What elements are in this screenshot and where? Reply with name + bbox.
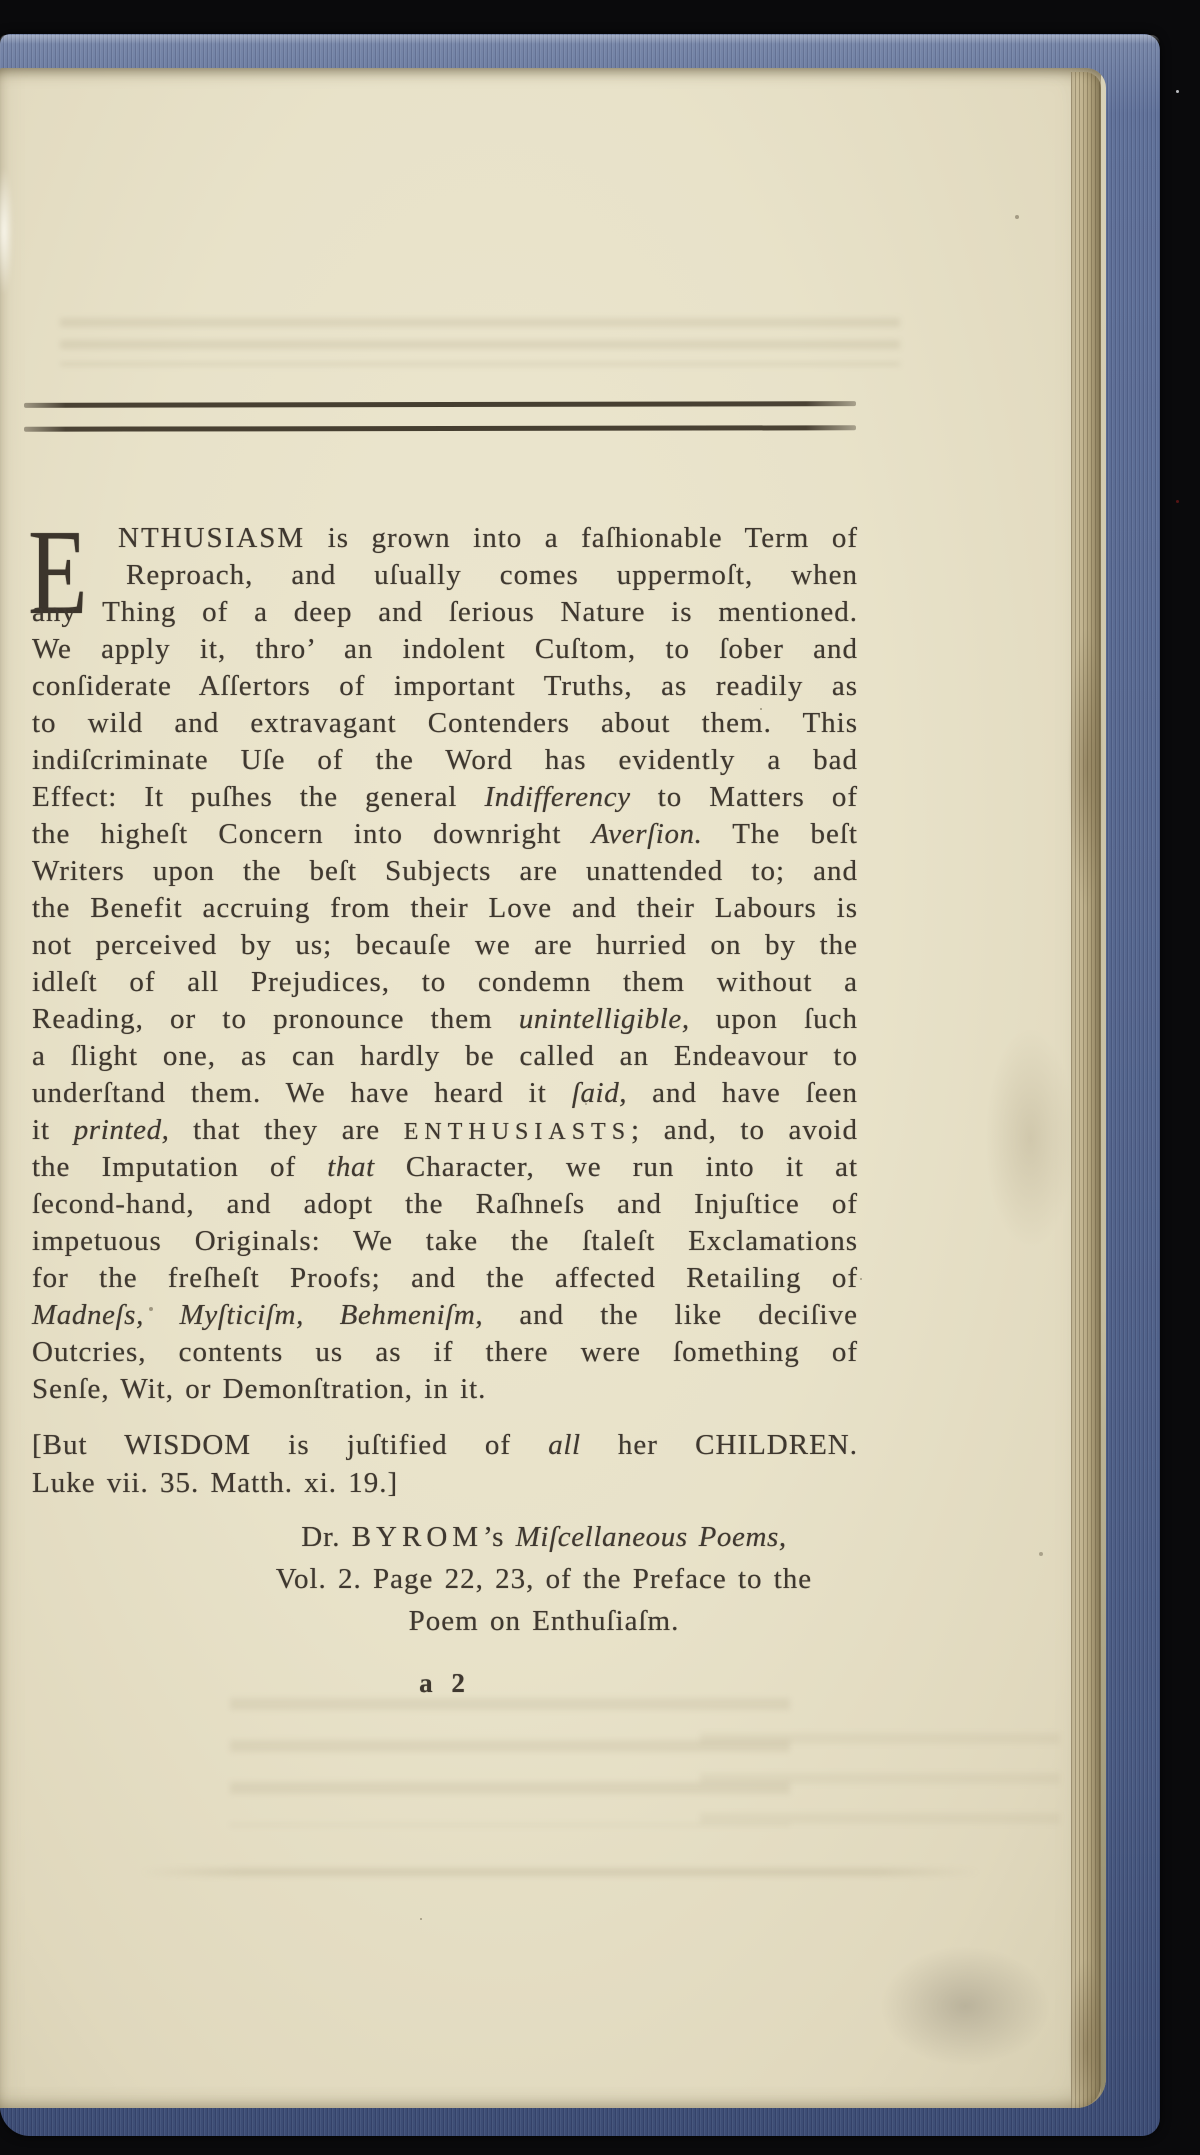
page-left-curl — [0, 166, 13, 296]
text-line: Outcries, contents us as if there were ſ… — [32, 1334, 858, 1371]
page-edge-stain-bottom — [1068, 1958, 1104, 2108]
text-line: Dr. BYROM’s Miſcellaneous Poems, — [130, 1516, 958, 1558]
text-segment: that — [327, 1151, 375, 1183]
text-segment: ſecond-hand, and adopt the Raſhneſs and … — [32, 1188, 858, 1220]
show-through-rule — [140, 1868, 980, 1876]
main-paragraph: NTHUSIASM is grown into a faſhionable Te… — [32, 520, 858, 1408]
text-segment: Miſcellaneous Poems, — [516, 1521, 787, 1553]
text-segment: it — [32, 1114, 74, 1146]
text-line: Luke vii. 35. Matth. xi. 19.] — [32, 1464, 858, 1502]
text-line: Effect: It puſhes the general Indifferen… — [32, 779, 858, 816]
text-segment: NTHUSIASM — [118, 522, 305, 554]
show-through-band — [60, 318, 900, 366]
text-segment: Averſion. — [592, 818, 703, 850]
text-segment: and the like deciſive — [483, 1299, 858, 1331]
text-line: conſiderate Aſſertors of important Truth… — [32, 668, 858, 705]
text-line: the Benefit accruing from their Love and… — [32, 890, 858, 927]
text-segment: Effect: It puſhes the general — [32, 781, 484, 813]
text-segment: Writers upon the beſt Subjects are unatt… — [32, 855, 858, 887]
text-line: ſecond-hand, and adopt the Raſhneſs and … — [32, 1186, 858, 1223]
text-segment: printed, — [74, 1114, 170, 1146]
bracket-note: [But WISDOM is juſtified of all her CHIL… — [32, 1426, 858, 1502]
text-line: Senſe, Wit, or Demonſtration, in it. — [32, 1371, 858, 1408]
text-segment: the Imputation of — [32, 1151, 327, 1183]
text-line: any Thing of a deep and ſerious Nature i… — [32, 594, 858, 631]
text-segment: Vol. 2. Page 22, 23, of the Preface to t… — [276, 1563, 812, 1595]
text-segment: Dr. — [301, 1521, 352, 1553]
text-segment: Reproach, and uſually comes uppermoſt, w… — [126, 559, 858, 591]
text-line: Madneſs, Myſticiſm, Behmeniſm, and the l… — [32, 1297, 858, 1334]
text-segment: ſaid, — [572, 1077, 627, 1109]
text-segment: impetuous Originals: We take the ſtaleſt… — [32, 1225, 858, 1257]
text-segment: upon ſuch — [690, 1003, 858, 1035]
text-segment: Poem on Enthuſiaſm. — [409, 1605, 680, 1637]
text-segment: [But WISDOM is juſtified of — [32, 1429, 548, 1461]
show-through-text-lower-right — [700, 1733, 1060, 1828]
text-segment: Indifferency — [484, 781, 630, 813]
text-segment: underſtand them. We have heard it — [32, 1077, 572, 1109]
signature-mark: a 2 — [32, 1668, 858, 1699]
text-segment: a ſlight one, as can hardly be called an… — [32, 1040, 858, 1072]
text-segment: Luke vii. 35. Matth. xi. 19.] — [32, 1467, 398, 1499]
text-segment: is grown into a faſhionable Term of — [305, 522, 858, 554]
book-page: E NTHUSIASM is grown into a faſhionable … — [0, 68, 1106, 2108]
page-edge-stack — [1071, 72, 1101, 2108]
text-segment: not perceived by us; becauſe we are hurr… — [32, 929, 858, 961]
text-line: indiſcriminate Uſe of the Word has evide… — [32, 742, 858, 779]
dust-specks — [1176, 90, 1179, 93]
text-line: NTHUSIASM is grown into a faſhionable Te… — [32, 520, 858, 557]
citation-block: Dr. BYROM’s Miſcellaneous Poems,Vol. 2. … — [130, 1516, 958, 1642]
text-segment: Character, we run into it at — [375, 1151, 858, 1183]
text-segment: BYROM — [352, 1521, 483, 1553]
text-segment: conſiderate Aſſertors of important Truth… — [32, 670, 858, 702]
stain-smudge — [880, 1946, 1050, 2066]
text-segment: and have ſeen — [627, 1077, 858, 1109]
text-segment: The beſt — [703, 818, 858, 850]
photo-background: { "page": { "drop_cap": "E", "main_parag… — [0, 0, 1200, 2155]
double-rule-bottom — [24, 425, 856, 431]
text-line: Reading, or to pronounce them unintellig… — [32, 1001, 858, 1038]
text-segment: unintelligible, — [519, 1003, 690, 1035]
text-segment: indiſcriminate Uſe of the Word has evide… — [32, 744, 858, 776]
double-rule-top — [24, 401, 856, 408]
text-segment: all — [548, 1429, 580, 1461]
cover-inner-edge-highlight — [1101, 68, 1106, 2108]
text-segment: to Matters of — [631, 781, 858, 813]
text-segment: that they are — [170, 1114, 404, 1146]
text-segment: idleſt of all Prejudices, to condemn the… — [32, 966, 858, 998]
text-segment: Outcries, contents us as if there were ſ… — [32, 1336, 858, 1368]
text-line: for the freſheſt Proofs; and the affecte… — [32, 1260, 858, 1297]
text-segment: Senſe, Wit, or Demonſtration, in it. — [32, 1373, 486, 1405]
paper-specks — [0, 68, 2, 70]
text-line: Writers upon the beſt Subjects are unatt… — [32, 853, 858, 890]
text-segment: the higheſt Concern into downright — [32, 818, 592, 850]
text-segment: any Thing of a deep and ſerious Nature i… — [32, 596, 858, 628]
text-line: Reproach, and uſually comes uppermoſt, w… — [32, 557, 858, 594]
text-segment: Madneſs, Myſticiſm, Behmeniſm, — [32, 1299, 483, 1331]
text-line: idleſt of all Prejudices, to condemn the… — [32, 964, 858, 1001]
text-segment: her CHILDREN. — [581, 1429, 858, 1461]
text-line: impetuous Originals: We take the ſtaleſt… — [32, 1223, 858, 1260]
text-line: it printed, that they are ENTHUSIASTS; a… — [32, 1112, 858, 1149]
text-line: the higheſt Concern into downright Averſ… — [32, 816, 858, 853]
text-segment: ; and, to avoid — [631, 1114, 858, 1146]
text-segment: We apply it, thro’ an indolent Cuſtom, t… — [32, 633, 858, 665]
text-line: to wild and extravagant Contenders about… — [32, 705, 858, 742]
text-line: underſtand them. We have heard it ſaid, … — [32, 1075, 858, 1112]
text-line: Poem on Enthuſiaſm. — [130, 1600, 958, 1642]
text-segment: the Benefit accruing from their Love and… — [32, 892, 858, 924]
stain-right-column — [985, 1028, 1075, 1248]
text-line: Vol. 2. Page 22, 23, of the Preface to t… — [130, 1558, 958, 1600]
page-edge-stain — [1068, 628, 1104, 908]
text-segment: ENTHUSIASTS — [404, 1119, 631, 1145]
text-segment: Reading, or to pronounce them — [32, 1003, 519, 1035]
text-segment: to wild and extravagant Contenders about… — [32, 707, 858, 739]
text-line: a ſlight one, as can hardly be called an… — [32, 1038, 858, 1075]
text-line: We apply it, thro’ an indolent Cuſtom, t… — [32, 631, 858, 668]
text-segment: ’s — [483, 1521, 516, 1553]
text-segment: for the freſheſt Proofs; and the affecte… — [32, 1262, 858, 1294]
text-line: the Imputation of that Character, we run… — [32, 1149, 858, 1186]
text-line: [But WISDOM is juſtified of all her CHIL… — [32, 1426, 858, 1464]
text-line: not perceived by us; becauſe we are hurr… — [32, 927, 858, 964]
